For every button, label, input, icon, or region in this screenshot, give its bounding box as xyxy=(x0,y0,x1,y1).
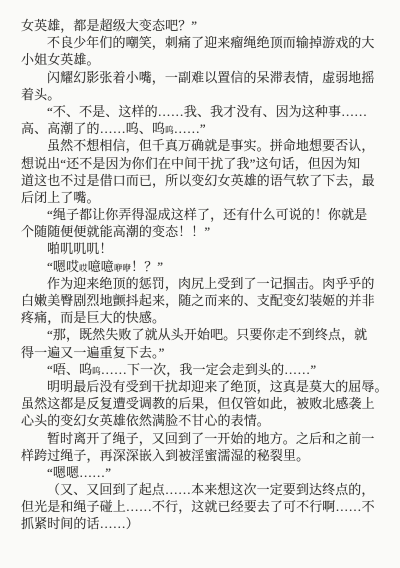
text-segment: “那，既然失败了就从头开始吧。只要你走不到终点，就 xyxy=(47,327,367,342)
text-segment: 心头的变幻女英雄依然满脸不甘心的表情。 xyxy=(21,413,270,428)
text-line: 不良少年们的嘲笑，刺痛了迎来瘤绳绝顶而输掉游戏的大 xyxy=(21,34,378,51)
text-segment: 虽然这都是反复遭受调教的后果，但仅管如此，被败北感袭上 xyxy=(21,396,375,411)
text-segment: 疼痛，而是巨大的快感。 xyxy=(21,310,165,325)
text-line: 但光是和绳子碰上……不行，这就已经要去了可不行啊……不 xyxy=(21,498,378,515)
text-segment: “唔、呜 xyxy=(47,362,92,377)
text-segment: 但光是和绳子碰上……不行，这就已经要去了可不行啊……不 xyxy=(21,499,375,514)
text-line: 小姐女英雄。 xyxy=(21,51,378,68)
text-line: 想说出“还不是因为你们在中间干扰了我”这句话，但因为知 xyxy=(21,155,378,172)
text-line: 心头的变幻女英雄依然满脸不甘心的表情。 xyxy=(21,412,378,429)
text-segment: “不、不是、这样的……我、我才没有、因为这种事…… xyxy=(47,104,367,119)
text-segment: “嗯哎 xyxy=(47,259,79,274)
text-line: 作为迎来绝顶的惩罚，肉尻上受到了一记掴击。肉乎乎的 xyxy=(21,275,378,292)
text-line: 样跨过绳子，再深深嵌入到被淫蜜濡湿的秘裂里。 xyxy=(21,447,378,464)
text-line: 抓紧时间的话……） xyxy=(21,515,378,532)
text-segment: 抓紧时间的话……） xyxy=(21,516,139,531)
text-segment: “绳子都让你弄得湿成这样了，还有什么可说的！你就是 xyxy=(47,207,367,222)
text-segment: 暂时离开了绳子，又回到了一开始的地方。之后和之前一 xyxy=(47,431,375,446)
text-segment: 个随随便便就能高潮的变态！！” xyxy=(21,224,210,239)
text-block: 女英雄，都是超级大变态吧？”不良少年们的嘲笑，刺痛了迎来瘤绳绝顶而输掉游戏的大小… xyxy=(21,17,378,533)
text-segment: “嗯嗯……” xyxy=(47,465,111,480)
text-segment-small: 咿咿 xyxy=(114,263,131,273)
text-line: “嗯哎哎噫噫咿咿！？” xyxy=(21,258,378,275)
text-line: 后闭上了嘴。 xyxy=(21,189,378,206)
text-line: 着头。 xyxy=(21,86,378,103)
text-segment-small: 呜 xyxy=(165,125,174,135)
text-line: 啪叽叽叽！ xyxy=(21,240,378,257)
text-segment-small: 呜 xyxy=(92,366,101,376)
text-line: 高、高潮了的……呜、呜呜……” xyxy=(21,120,378,137)
text-segment: 着头。 xyxy=(21,87,60,102)
text-segment: ！？” xyxy=(131,259,163,274)
text-segment: 啪叽叽叽！ xyxy=(47,241,113,256)
text-line: “嗯嗯……” xyxy=(21,464,378,481)
text-line: “那，既然失败了就从头开始吧。只要你走不到终点，就 xyxy=(21,326,378,343)
text-line: 虽然这都是反复遭受调教的后果，但仅管如此，被败北感袭上 xyxy=(21,395,378,412)
text-segment-small: 哎 xyxy=(79,263,88,273)
text-line: “不、不是、这样的……我、我才没有、因为这种事…… xyxy=(21,103,378,120)
text-line: 女英雄，都是超级大变态吧？” xyxy=(21,17,378,34)
text-segment: 不良少年们的嘲笑，刺痛了迎来瘤绳绝顶而输掉游戏的大 xyxy=(47,35,375,50)
text-segment: 女英雄，都是超级大变态吧？” xyxy=(21,18,197,33)
text-segment: 道这也不过是借口而已，所以变幻女英雄的语气软了下去，最 xyxy=(21,173,375,188)
document-page: 女英雄，都是超级大变态吧？”不良少年们的嘲笑，刺痛了迎来瘤绳绝顶而输掉游戏的大小… xyxy=(0,0,400,568)
text-segment: 小姐女英雄。 xyxy=(21,52,100,67)
text-segment: 得一遍又一遍重复下去。” xyxy=(21,345,164,360)
text-segment: 想说出“还不是因为你们在中间干扰了我”这句话，但因为知 xyxy=(21,156,360,171)
text-line: （又、又回到了起点……本来想这次一定要到达终点的， xyxy=(21,481,378,498)
text-line: 虽然不想相信，但千真万确就是事实。拼命地想要否认， xyxy=(21,137,378,154)
text-line: 闪耀幻影张着小嘴，一副难以置信的呆滞表情，虚弱地摇 xyxy=(21,69,378,86)
text-line: “唔、呜呜……下一次，我一定会走到头的……” xyxy=(21,361,378,378)
text-segment: 高、高潮了的……呜、呜 xyxy=(21,121,165,136)
text-segment: 白嫩美臀剧烈地颤抖起来，随之而来的、支配变幻装姬的并非 xyxy=(21,293,375,308)
text-line: 白嫩美臀剧烈地颤抖起来，随之而来的、支配变幻装姬的并非 xyxy=(21,292,378,309)
text-segment: 后闭上了嘴。 xyxy=(21,190,100,205)
text-line: “绳子都让你弄得湿成这样了，还有什么可说的！你就是 xyxy=(21,206,378,223)
text-segment: 明明最后没有受到干扰却迎来了绝顶，这真是莫大的屈辱。 xyxy=(47,379,388,394)
text-segment: ……下一次，我一定会走到头的……” xyxy=(101,362,316,377)
text-segment: 虽然不想相信，但千真万确就是事实。拼命地想要否认， xyxy=(47,138,375,153)
text-line: 暂时离开了绳子，又回到了一开始的地方。之后和之前一 xyxy=(21,430,378,447)
text-line: 道这也不过是借口而已，所以变幻女英雄的语气软了下去，最 xyxy=(21,172,378,189)
text-line: 得一遍又一遍重复下去。” xyxy=(21,344,378,361)
text-line: 疼痛，而是巨大的快感。 xyxy=(21,309,378,326)
text-line: 明明最后没有受到干扰却迎来了绝顶，这真是莫大的屈辱。 xyxy=(21,378,378,395)
text-segment: ……” xyxy=(174,121,206,136)
text-segment: 样跨过绳子，再深深嵌入到被淫蜜濡湿的秘裂里。 xyxy=(21,448,309,463)
text-segment: 噫噫 xyxy=(88,259,114,274)
text-segment: 闪耀幻影张着小嘴，一副难以置信的呆滞表情，虚弱地摇 xyxy=(47,70,375,85)
text-segment: 作为迎来绝顶的惩罚，肉尻上受到了一记掴击。肉乎乎的 xyxy=(47,276,375,291)
text-line: 个随随便便就能高潮的变态！！” xyxy=(21,223,378,240)
text-segment: （又、又回到了起点……本来想这次一定要到达终点的， xyxy=(47,482,375,497)
